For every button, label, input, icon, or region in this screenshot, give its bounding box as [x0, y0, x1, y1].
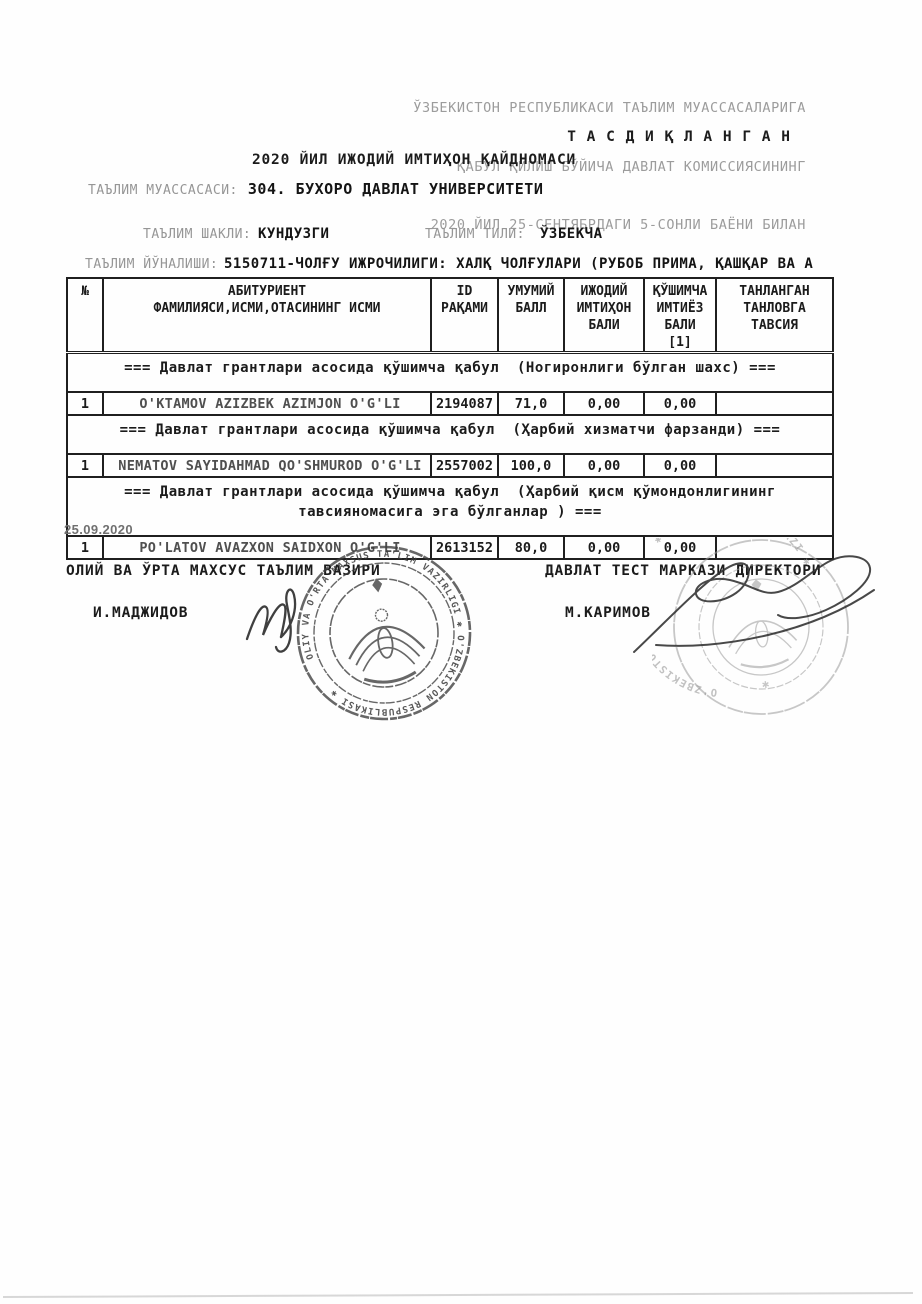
- scanned-document-page: ЎЗБЕКИСТОН РЕСПУБЛИКАСИ ТАЪЛИМ МУАССАСАЛ…: [0, 0, 922, 1304]
- scan-edge-line: [3, 1292, 913, 1298]
- language-value: ЎЗБЕКЧА: [540, 226, 603, 242]
- bonus-score-cell: 0,00: [644, 454, 716, 477]
- director-signature: [628, 548, 880, 666]
- total-score-cell: 100,0: [498, 454, 564, 477]
- approval-line: ЎЗБЕКИСТОН РЕСПУБЛИКАСИ ТАЪЛИМ МУАССАСАЛ…: [413, 99, 806, 119]
- institution-label: ТАЪЛИМ МУАССАСАСИ:: [88, 183, 238, 198]
- creative-score-cell: 0,00: [564, 454, 644, 477]
- total-score-cell: 71,0: [498, 392, 564, 415]
- section-title: === Давлат грантлари асосида қўшимча қаб…: [67, 415, 833, 454]
- table-header-row: № АБИТУРИЕНТ ФАМИЛИЯСИ,ИСМИ,ОТАСИНИНГ ИС…: [67, 278, 833, 353]
- section-title-row: === Давлат грантлари асосида қўшимча қаб…: [67, 477, 833, 536]
- ministry-stamp: OLIY VA O'RTA MAXSUS TA'LIM VAZIRLIGI ✱ …: [288, 542, 480, 724]
- results-table: № АБИТУРИЕНТ ФАМИЛИЯСИ,ИСМИ,ОТАСИНИНГ ИС…: [66, 277, 834, 560]
- form-label: ТАЪЛИМ ШАКЛИ:: [143, 227, 251, 242]
- approved-stamp-text: Т А С Д И Қ Л А Н Г А Н: [567, 129, 791, 145]
- creative-score-cell: 0,00: [564, 392, 644, 415]
- section-title: === Давлат грантлари асосида қўшимча қаб…: [67, 477, 833, 536]
- column-header-bonus: ҚЎШИМЧА ИМТИЁЗ БАЛИ [1]: [644, 278, 716, 353]
- svg-text:OLIY VA O'RTA MAXSUS TA'LIM VA: OLIY VA O'RTA MAXSUS TA'LIM VAZIRLIGI ✱ …: [301, 550, 465, 717]
- minister-signature: [240, 575, 315, 665]
- direction-value: 5150711-ЧОЛҒУ ИЖРОЧИЛИГИ: ХАЛҚ ЧОЛҒУЛАРИ…: [224, 256, 813, 272]
- institution-value: 304. БУХОРО ДАВЛАТ УНИВЕРСИТЕТИ: [248, 180, 543, 198]
- column-header-creative: ИЖОДИЙ ИМТИҲОН БАЛИ: [564, 278, 644, 353]
- id-cell: 2557002: [431, 454, 498, 477]
- total-score-cell: 80,0: [498, 536, 564, 559]
- row-number-cell: 1: [67, 536, 103, 559]
- column-header-total: УМУМИЙ БАЛЛ: [498, 278, 564, 353]
- institution-row: ТАЪЛИМ МУАССАСАСИ: 304. БУХОРО ДАВЛАТ УН…: [88, 180, 543, 198]
- row-number-cell: 1: [67, 454, 103, 477]
- candidate-row: 1 O'KTAMOV AZIZBEK AZIMJON O'G'LI 219408…: [67, 392, 833, 415]
- id-cell: 2194087: [431, 392, 498, 415]
- language-label: ТАЪЛИМ ТИЛИ:: [425, 227, 525, 242]
- section-title-row: === Давлат грантлари асосида қўшимча қаб…: [67, 415, 833, 454]
- column-header-num: №: [67, 278, 103, 353]
- ministry-stamp-ring-text: OLIY VA O'RTA MAXSUS TA'LIM VAZIRLIGI ✱ …: [301, 550, 465, 717]
- candidate-row: 1 NEMATOV SAYIDAHMAD QO'SHMUROD O'G'LI 2…: [67, 454, 833, 477]
- row-number-cell: 1: [67, 392, 103, 415]
- form-value: КУНДУЗГИ: [258, 226, 329, 242]
- svg-text:✱: ✱: [761, 676, 770, 691]
- column-header-id: ID РАҚАМИ: [431, 278, 498, 353]
- column-header-recommendation: ТАНЛАНГАН ТАНЛОВГА ТАВСИЯ: [716, 278, 833, 353]
- direction-label: ТАЪЛИМ ЙЎНАЛИШИ:: [85, 257, 218, 272]
- column-header-name: АБИТУРИЕНТ ФАМИЛИЯСИ,ИСМИ,ОТАСИНИНГ ИСМИ: [103, 278, 431, 353]
- recommendation-cell: [716, 454, 833, 477]
- candidate-name-cell: O'KTAMOV AZIZBEK AZIMJON O'G'LI: [103, 392, 431, 415]
- report-date: 25.09.2020: [64, 522, 133, 537]
- minister-name: И.МАДЖИДОВ: [93, 605, 188, 621]
- section-title: === Давлат грантлари асосида қўшимча қаб…: [67, 353, 833, 393]
- page-title: 2020 ЙИЛ ИЖОДИЙ ИМТИҲОН ҚАЙДНОМАСИ: [252, 152, 576, 168]
- recommendation-cell: [716, 392, 833, 415]
- candidate-name-cell: NEMATOV SAYIDAHMAD QO'SHMUROD O'G'LI: [103, 454, 431, 477]
- section-title-row: === Давлат грантлари асосида қўшимча қаб…: [67, 353, 833, 393]
- bonus-score-cell: 0,00: [644, 392, 716, 415]
